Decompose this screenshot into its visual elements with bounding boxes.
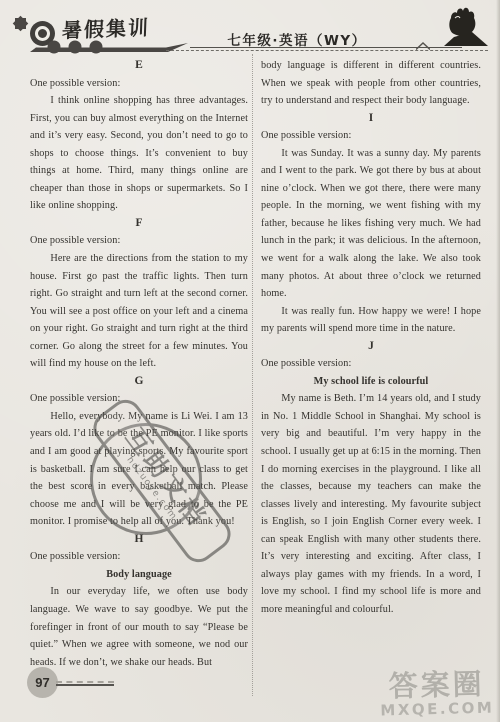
- section-heading: I: [261, 110, 481, 128]
- brand-watermark: 答案圈 MXQE.COM: [380, 668, 495, 719]
- right-column: body language is different in different …: [261, 57, 481, 619]
- logo-swoosh-shape: [28, 36, 190, 54]
- starburst-icon: [15, 18, 26, 29]
- essay-paragraph: Here are the directions from the station…: [30, 250, 248, 373]
- dashed-line-peak: [416, 42, 430, 50]
- version-label: One possible version:: [30, 548, 248, 566]
- scan-edge-shadow: [496, 0, 500, 722]
- page-number-badge: 97: [27, 667, 58, 698]
- essay-title: Body language: [30, 566, 248, 584]
- essay-paragraph: Hello, everybody. My name is Li Wei. I a…: [30, 408, 248, 531]
- footer-rule: [56, 681, 114, 686]
- essay-paragraph: I think online shopping has three advant…: [30, 92, 248, 215]
- essay-paragraph: It was Sunday. It was a sunny day. My pa…: [261, 145, 481, 303]
- essay-paragraph: In our everyday life, we often use body …: [30, 583, 248, 671]
- workbook-answer-page: 暑假集训 七年级·英语（WY） EOne possible version:I …: [0, 0, 500, 722]
- header-dashed-rule: [166, 50, 488, 51]
- version-label: One possible version:: [30, 390, 248, 408]
- section-heading: F: [30, 215, 248, 233]
- section-heading: G: [30, 373, 248, 391]
- version-label: One possible version:: [30, 75, 248, 93]
- section-heading: H: [30, 531, 248, 549]
- version-label: One possible version:: [30, 232, 248, 250]
- brand-url: MXQE.COM: [380, 699, 494, 720]
- essay-paragraph: It was really fun. How happy we were! I …: [261, 303, 481, 338]
- essay-title: My school life is colourful: [261, 373, 481, 391]
- brand-name: 答案圈: [380, 668, 495, 701]
- section-heading: J: [261, 338, 481, 356]
- raised-fist-icon: [438, 4, 488, 48]
- column-divider: [252, 54, 253, 696]
- essay-paragraph-continuation: body language is different in different …: [261, 57, 481, 110]
- section-heading: E: [30, 57, 248, 75]
- version-label: One possible version:: [261, 127, 481, 145]
- version-label: One possible version:: [261, 355, 481, 373]
- page-number: 97: [35, 675, 49, 690]
- left-column: EOne possible version:I think online sho…: [30, 57, 248, 671]
- essay-paragraph: My name is Beth. I’m 14 years old, and I…: [261, 390, 481, 618]
